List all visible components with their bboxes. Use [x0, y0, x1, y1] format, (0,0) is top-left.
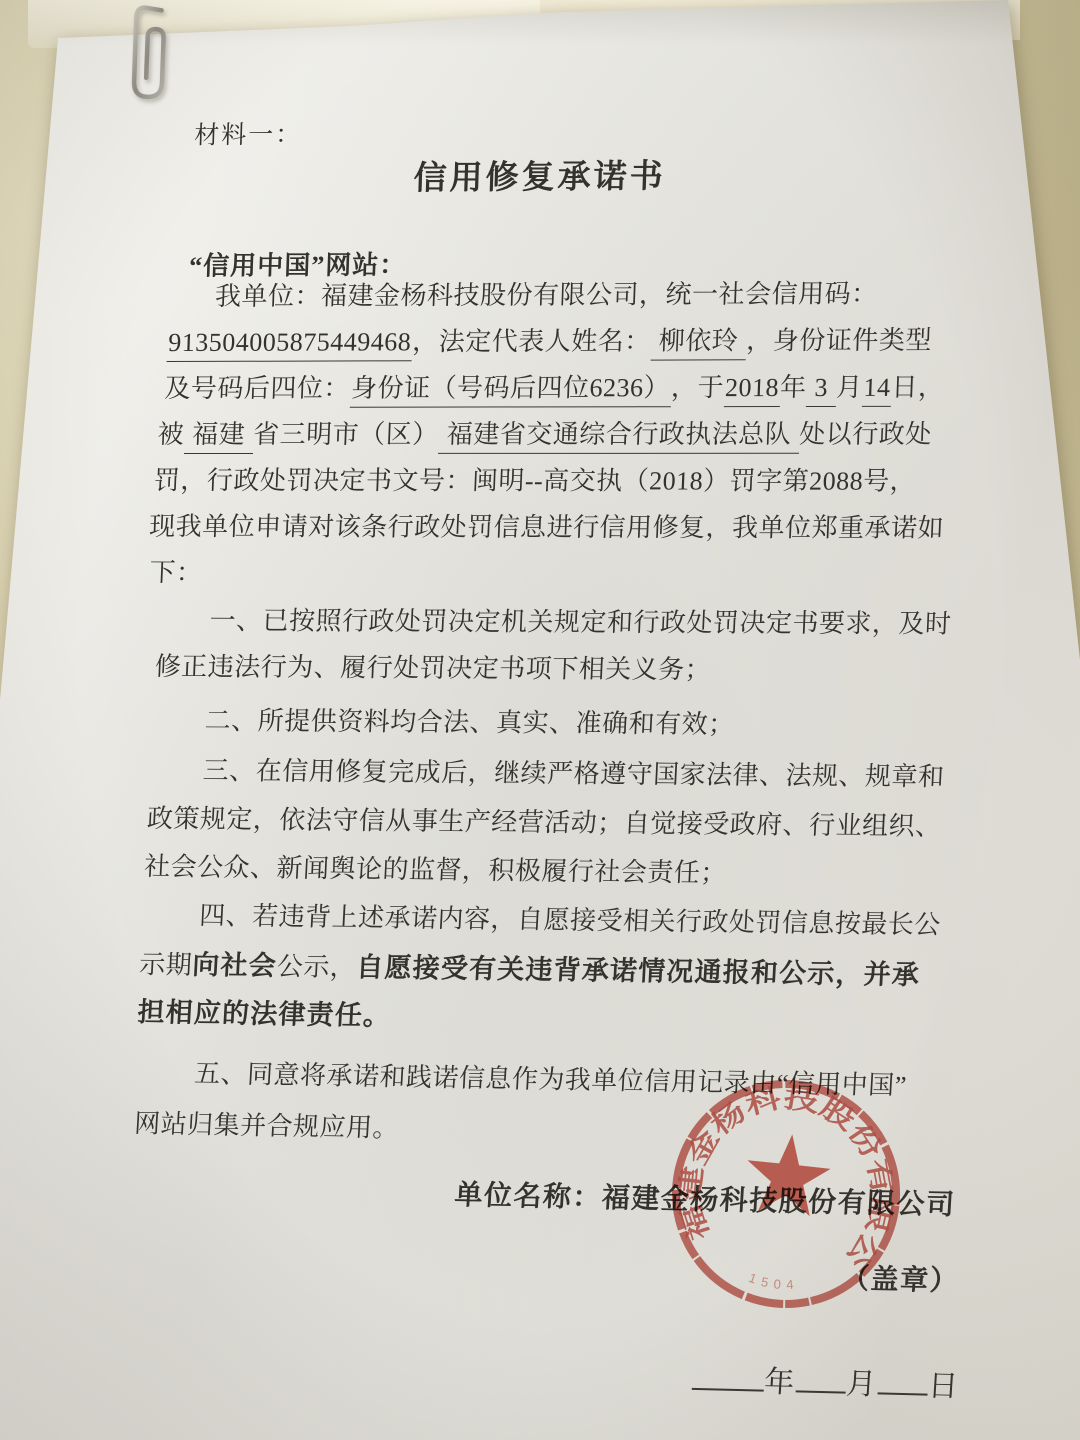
document-line: 三、在信用修复完成后，继续严格遵守国家法律、法规、规章和: [202, 755, 945, 794]
document-line: 下：: [149, 557, 203, 590]
text-segment: 向社会: [192, 950, 278, 981]
text-segment: 修正违法行为、履行处罚决定书项下相关义务；: [154, 652, 712, 684]
document-paper: 材料一： 信用修复承诺书 “信用中国”网站： 我单位：福建金杨科技股份有限公司，…: [0, 0, 1080, 1440]
document-line: 罚，行政处罚决定书文号：闽明--高交执（2018）罚字第2088号，: [153, 465, 917, 498]
text-segment: 现我单位申请对该条行政处罚信息进行信用修复，我单位郑重承诺如: [149, 512, 945, 543]
text-segment: 身份证（号码后四位6236）: [349, 372, 671, 407]
text-segment: 913504005875449468: [167, 326, 413, 361]
year-label: 年: [763, 1366, 797, 1400]
text-segment: 一、已按照行政处罚决定机关规定和行政处罚决定书要求，及时: [209, 606, 952, 638]
document-title: 信用修复承诺书: [413, 150, 667, 199]
text-segment: ，身份证件类型: [746, 326, 933, 356]
document-line: 二、所提供资料均合法、真实、准确和有效；: [204, 705, 735, 741]
text-segment: 下：: [149, 558, 203, 587]
text-segment: 柳依玲: [650, 325, 747, 360]
month-blank: [796, 1359, 848, 1394]
salutation: “信用中国”网站：: [189, 244, 407, 282]
text-segment: 月: [836, 373, 864, 402]
company-seal-stamp: 福建金杨科技股份有限公司 1504: [643, 1051, 929, 1337]
document-line: 担相应的法律责任。: [137, 996, 392, 1034]
document-line: 修正违法行为、履行处罚决定书项下相关义务；: [154, 651, 712, 687]
text-segment: 福建省交通综合行政执法总队: [438, 419, 800, 454]
text-segment: 省三明市（区）: [253, 420, 440, 449]
document-line: 一、已按照行政处罚决定机关规定和行政处罚决定书要求，及时: [209, 605, 952, 641]
text-segment: 我单位：福建金杨科技股份有限公司，统一社会信用码：: [215, 279, 879, 311]
text-segment: 公示，: [276, 952, 357, 982]
photo-of-document: 材料一： 信用修复承诺书 “信用中国”网站： 我单位：福建金杨科技股份有限公司，…: [0, 0, 1080, 1440]
year-blank: [692, 1356, 766, 1391]
month-label: 月: [845, 1368, 879, 1402]
document-line: 四、若违背上述承诺内容，自愿接受相关行政处罚信息按最长公: [198, 900, 941, 942]
text-segment: 二、所提供资料均合法、真实、准确和有效；: [204, 706, 735, 739]
text-segment: 三、在信用修复完成后，继续严格遵守国家法律、法规、规章和: [202, 756, 945, 791]
document-line: 网站归集并合规应用。: [133, 1108, 400, 1145]
document-line: 我单位：福建金杨科技股份有限公司，统一社会信用码：: [214, 278, 878, 313]
text-segment: 社会公众、新闻舆论的监督，积极履行社会责任；: [143, 852, 727, 888]
day-label: 日: [927, 1370, 961, 1404]
paper-shadow-wrap: 材料一： 信用修复承诺书 “信用中国”网站： 我单位：福建金杨科技股份有限公司，…: [0, 0, 1080, 1440]
text-segment: 3: [806, 372, 837, 407]
material-label: 材料一：: [194, 115, 303, 152]
text-segment: 年: [780, 373, 808, 402]
date-line: 年月日: [594, 1319, 964, 1440]
text-segment: 四、若违背上述承诺内容，自愿接受相关行政处罚信息按最长公: [199, 901, 942, 939]
paper-clip-icon: [116, 0, 186, 112]
document-line: 社会公众、新闻舆论的监督，积极履行社会责任；: [143, 851, 727, 890]
document-line: 913504005875449468，法定代表人姓名： 柳依玲 ，身份证件类型: [167, 325, 933, 362]
text-segment: 日，: [891, 373, 945, 402]
text-segment: 自愿接受有关违背承诺情况通报和公示，并承: [356, 952, 921, 990]
document-line: 现我单位申请对该条行政处罚信息进行信用修复，我单位郑重承诺如: [149, 511, 945, 545]
text-segment: ，法定代表人姓名：: [412, 327, 652, 357]
text-segment: 网站归集并合规应用。: [133, 1109, 399, 1143]
document-line: 政策规定，依法守信从事生产经营活动；自觉接受政府、行业组织、: [146, 803, 942, 844]
text-segment: 罚，行政处罚决定书文号：闽明--高交执（2018）罚字第2088号，: [153, 466, 916, 496]
text-segment: 担相应的法律责任。: [137, 997, 392, 1031]
text-segment: 示期: [139, 950, 194, 980]
text-segment: 被: [157, 420, 185, 449]
text-segment: 及号码后四位：: [164, 374, 351, 403]
document-line: 示期向社会公示，自愿接受有关违背承诺情况通报和公示，并承: [138, 948, 920, 993]
document-line: 及号码后四位：身份证（号码后四位6236），于2018年 3 月14日，: [164, 372, 945, 408]
text-segment: 政策规定，依法守信从事生产经营活动；自觉接受政府、行业组织、: [146, 804, 942, 841]
text-segment: 2018: [723, 372, 780, 407]
document-line: 被 福建 省三明市（区） 福建省交通综合行政执法总队 处以行政处: [157, 419, 932, 454]
text-segment: 处以行政处: [799, 420, 933, 449]
text-segment: 14: [862, 372, 892, 407]
text-segment: 福建: [184, 419, 254, 454]
text-segment: ，于: [671, 373, 725, 402]
seal-code-text: 1504: [746, 1270, 801, 1295]
day-blank: [878, 1361, 930, 1396]
seal-star-icon: [742, 1130, 833, 1218]
